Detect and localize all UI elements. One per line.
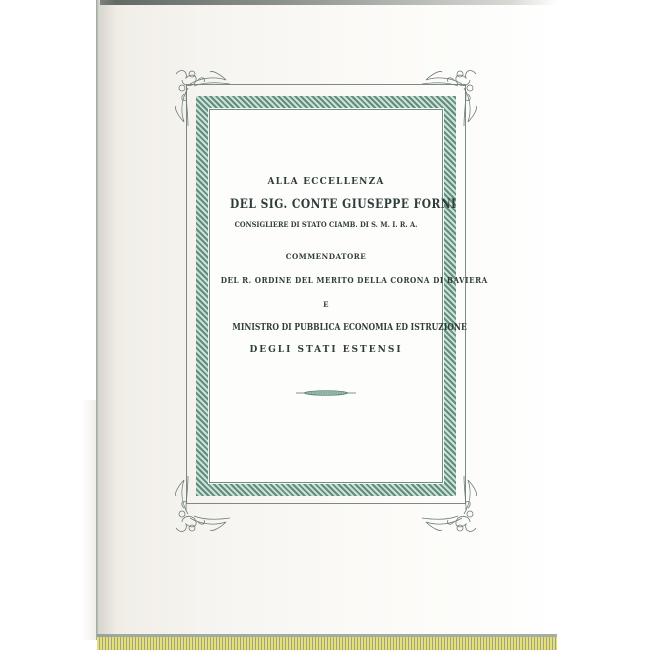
- dedicatee-ministry: MINISTRO DI PUBBLICA ECONOMIA ED ISTRUZI…: [232, 322, 419, 333]
- conjunction: E: [209, 300, 443, 309]
- page-top-edge: [97, 0, 557, 5]
- braided-divider-icon: [296, 390, 356, 396]
- dedication-salutation: ALLA ECCELLENZA: [209, 177, 443, 187]
- dedicatee-title-2: COMMENDATORE: [209, 252, 443, 261]
- scanned-page: ALLA ECCELLENZA DEL SIG. CONTE GIUSEPPE …: [0, 0, 650, 650]
- spine-shadow: [100, 0, 116, 640]
- dedicatee-states: DEGLI STATI ESTENSI: [209, 345, 443, 355]
- dedication-block: ALLA ECCELLENZA DEL SIG. CONTE GIUSEPPE …: [209, 109, 443, 483]
- dedicatee-order: DEL R. ORDINE DEL MERITO DELLA CORONA DI…: [221, 275, 432, 285]
- dedicatee-title-1: CONSIGLIERE DI STATO CIAMB. DI S. M. I. …: [218, 220, 433, 229]
- dedicatee-name: DEL SIG. CONTE GIUSEPPE FORNI: [230, 197, 422, 212]
- page-stack-edge: [97, 637, 557, 650]
